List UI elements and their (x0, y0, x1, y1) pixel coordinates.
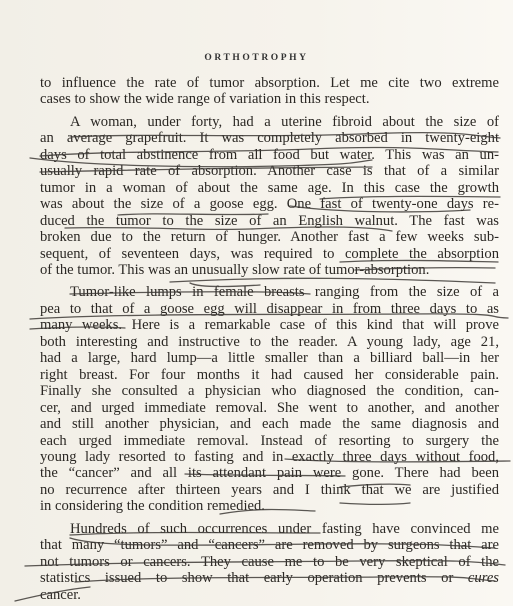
text-line: many weeks. Here is a remarkable case of… (40, 317, 499, 333)
text-line: not tumors or cancers. They cause me to … (40, 554, 499, 570)
text-line: tumor in a woman of about the same age. … (40, 180, 499, 196)
text-line: and still another physician, and each ma… (40, 416, 499, 432)
text-line: Hundreds of such occurrences under fasti… (40, 521, 499, 537)
paragraph-3: Tumor-like lumps in female breasts rangi… (40, 284, 499, 514)
text-line: pea to that of a goose egg will disappea… (40, 301, 499, 317)
text-line: that many “tumors” and “cancers” are rem… (40, 537, 499, 553)
text-line: days of total abstinence from all food b… (40, 147, 499, 163)
text-line: statistics issued to show that early ope… (40, 570, 499, 586)
text-line: in considering the condition remedied. (40, 498, 499, 514)
book-page: ORTHOTROPHY to influence the rate of tum… (0, 0, 513, 606)
text-line: no recurrence after thirteen years and I… (40, 482, 499, 498)
text-line: cases to show the wide range of variatio… (40, 91, 499, 107)
text-line: young lady resorted to fasting and in ex… (40, 449, 499, 465)
text-line: to influence the rate of tumor absorptio… (40, 75, 499, 91)
paragraph-2: A woman, under forty, had a uterine fibr… (40, 114, 499, 279)
text-line: each urged immediate removal. Instead of… (40, 433, 499, 449)
text-line: usually rapid rate of absorption. Anothe… (40, 163, 499, 179)
body-text: to influence the rate of tumor absorptio… (40, 75, 499, 603)
text-line: both interesting and instructive to the … (40, 334, 499, 350)
text-line: of the tumor. This was an unusually slow… (40, 262, 499, 278)
text-line: was about the size of a goose egg. One f… (40, 196, 499, 212)
text-line: right breast. For four months it had cau… (40, 367, 499, 383)
text-line: sequent, of seventeen days, was required… (40, 246, 499, 262)
text-line: duced the tumor to the size of an Englis… (40, 213, 499, 229)
paragraph-4: Hundreds of such occurrences under fasti… (40, 521, 499, 603)
paragraph-1: to influence the rate of tumor absorptio… (40, 75, 499, 108)
text-line: cancer. (40, 587, 499, 603)
text-line: had a large, hard lump—a little smaller … (40, 350, 499, 366)
text-line: broken due to the return of hunger. Anot… (40, 229, 499, 245)
text-line: cer, and urged immediate removal. She we… (40, 400, 499, 416)
text-line: Finally she consulted a physician who di… (40, 383, 499, 399)
running-head: ORTHOTROPHY (0, 53, 513, 63)
text-line: an average grapefruit. It was completely… (40, 130, 499, 146)
italic-emphasis: cures (468, 570, 499, 586)
text-line: A woman, under forty, had a uterine fibr… (40, 114, 499, 130)
text-line: Tumor-like lumps in female breasts rangi… (40, 284, 499, 300)
text-line: the “cancer” and all its attendant pain … (40, 465, 499, 481)
